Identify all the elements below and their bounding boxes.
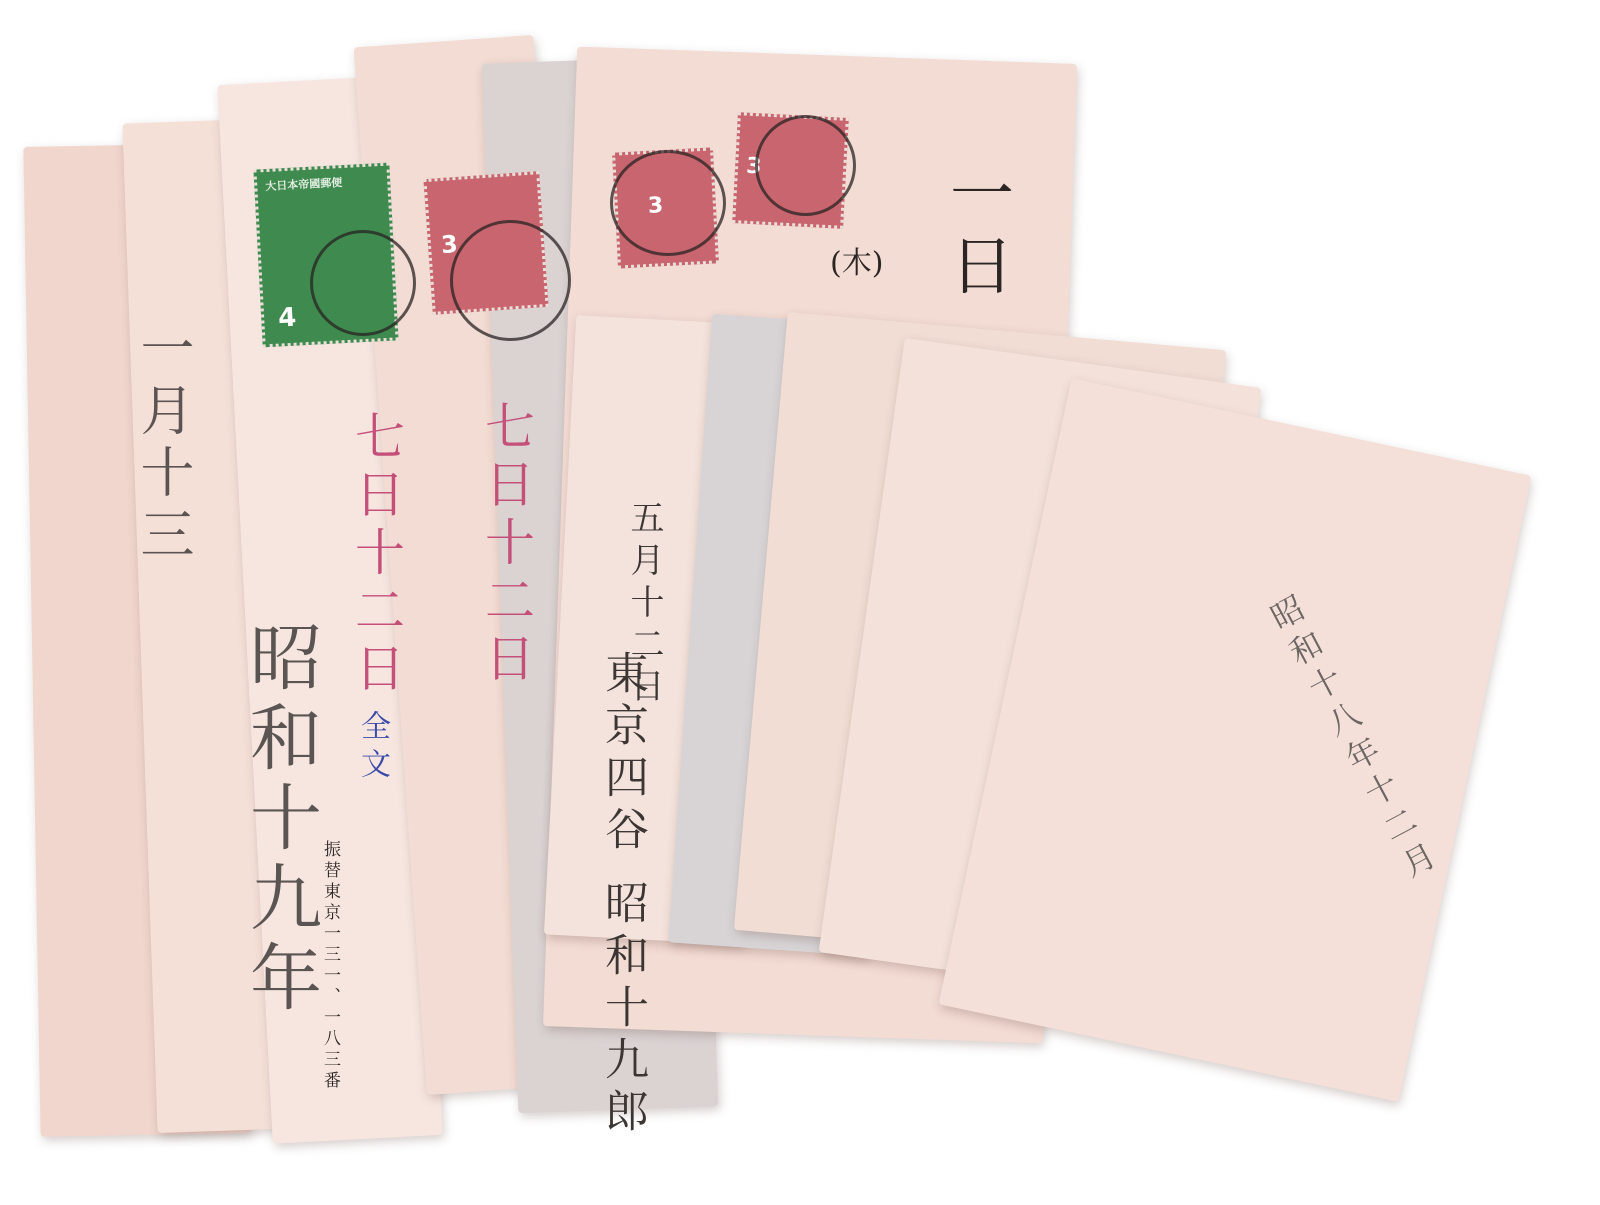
printed-text: 振替東京一三一、一八三番: [318, 840, 343, 1092]
center-address-inscription: 東京四谷 昭和十九郎: [590, 650, 654, 1140]
blue-inscription: 全文: [350, 710, 394, 786]
postmark: [450, 220, 571, 341]
postmark: [610, 150, 726, 256]
pink-inscription-2: 七日十二日: [470, 400, 542, 690]
stamp-header: 大日本帝國郵便: [265, 174, 343, 194]
postmark: [755, 115, 856, 216]
postmark: [310, 230, 416, 336]
stamp-value: 4: [277, 303, 297, 334]
far-left-inscription: 一月十三: [125, 320, 202, 568]
pink-inscription-1: 七日十二日: [340, 410, 412, 700]
brush-left-inscription: 昭和十九年: [228, 620, 332, 1020]
thursday-marker: (木): [830, 238, 883, 282]
